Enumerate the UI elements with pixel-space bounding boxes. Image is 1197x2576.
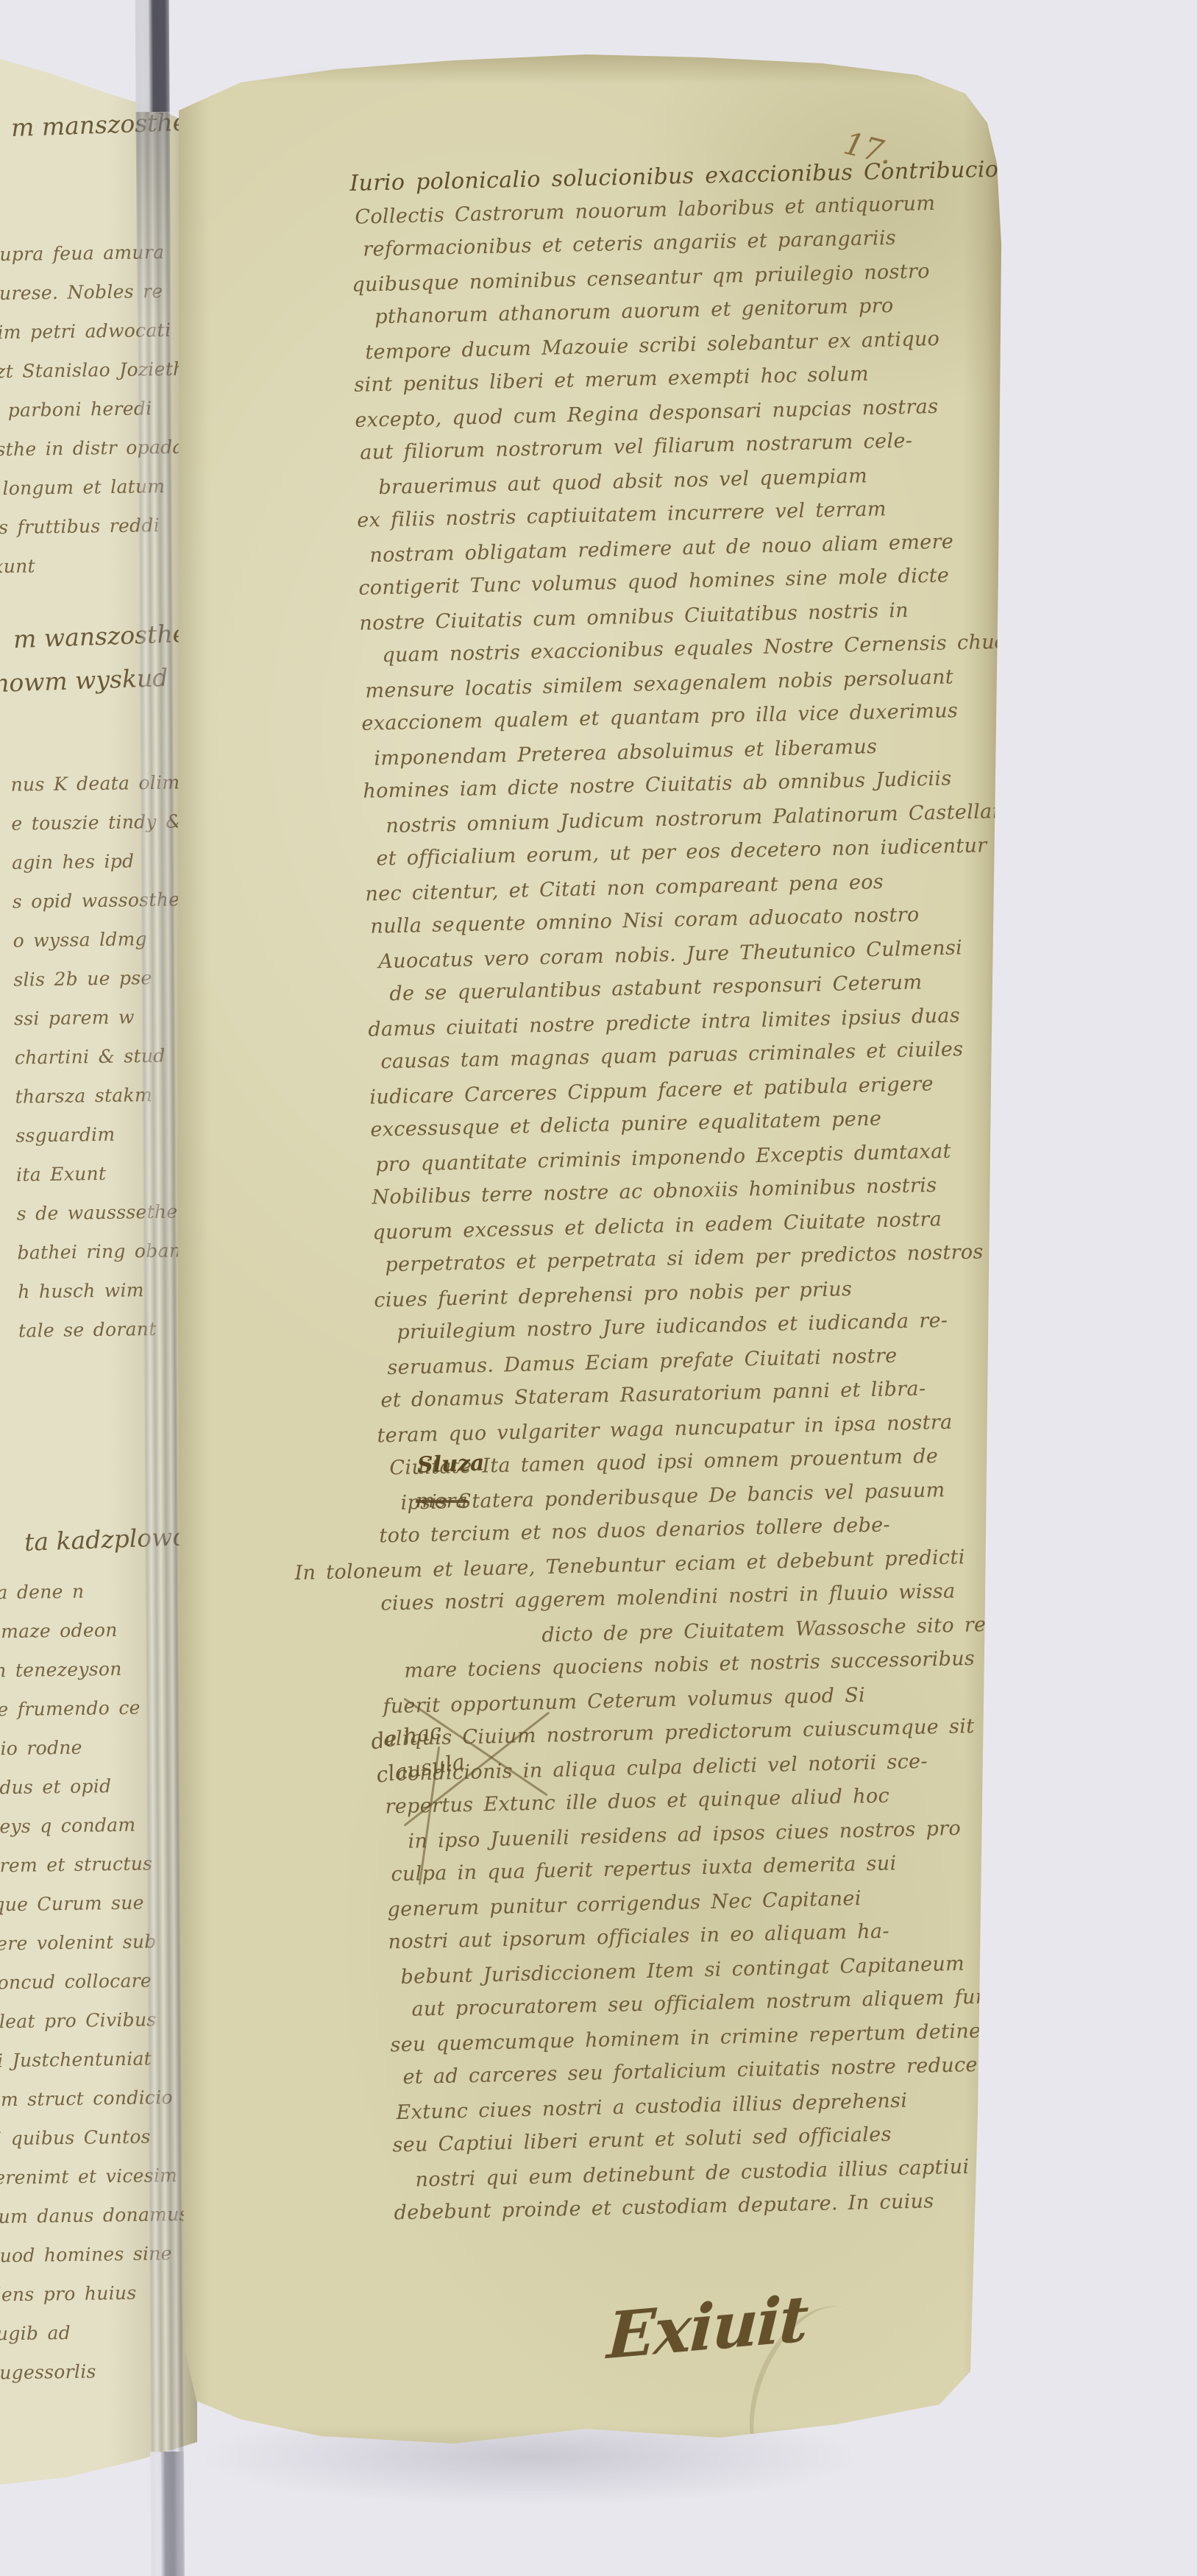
struck-out-word: mera [416, 1490, 468, 1512]
scan-shadow-bottom [132, 2421, 1015, 2539]
interlinear-correction: Sluza [416, 1450, 485, 1478]
glass-rod-reflection [135, 0, 170, 112]
manuscript-photo: m manszosthe mbusszupra feua amurarco Fl… [0, 0, 1197, 2576]
glass-rod-reflection [150, 2452, 185, 2576]
margin-note: de hac clausula [369, 1711, 468, 1792]
glass-rod-reflection [136, 112, 171, 333]
notary-mark: t° not' [1031, 2272, 1082, 2333]
manuscript-text-block: Iurio polonicalio solucionibus exaccioni… [349, 157, 1042, 2236]
manuscript-page: 17. Iurio polonicalio solucionibus exacc… [174, 53, 1006, 2471]
